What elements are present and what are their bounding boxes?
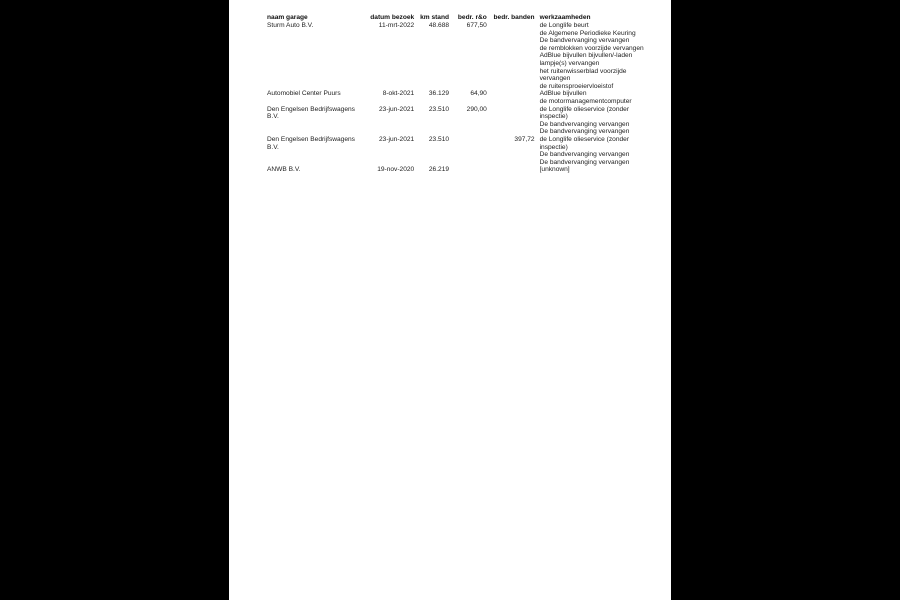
cell-tires-amount bbox=[487, 106, 535, 136]
work-item: de Longlife beurt bbox=[540, 22, 647, 30]
work-item: AdBlue bijvullen bbox=[540, 90, 647, 98]
work-item: De bandvervanging vervangen bbox=[540, 37, 647, 45]
header-garage: naam garage bbox=[267, 14, 364, 22]
cell-ro-amount: 64,90 bbox=[449, 90, 487, 105]
cell-tires-amount bbox=[487, 22, 535, 90]
work-item: inspectie) bbox=[540, 113, 647, 121]
cell-work: AdBlue bijvullende motormanagementcomput… bbox=[535, 90, 647, 105]
cell-date: 11-mrt-2022 bbox=[364, 22, 414, 90]
header-ro-amount: bedr. r&o bbox=[449, 14, 487, 22]
document-page: naam garage datum bezoek km stand bedr. … bbox=[229, 0, 671, 600]
work-item: De bandvervanging vervangen bbox=[540, 128, 647, 136]
work-item: de Algemene Periodieke Keuring bbox=[540, 30, 647, 38]
cell-km: 23.510 bbox=[414, 136, 449, 166]
cell-tires-amount bbox=[487, 166, 535, 174]
cell-tires-amount: 397,72 bbox=[487, 136, 535, 166]
cell-work: de Longlife olieservice (zonderinspectie… bbox=[535, 136, 647, 166]
cell-work: de Longlife beurtde Algemene Periodieke … bbox=[535, 22, 647, 90]
cell-km: 48.688 bbox=[414, 22, 449, 90]
work-item: de remblokken voorzijde vervangen bbox=[540, 45, 647, 53]
work-item: inspectie) bbox=[540, 144, 647, 152]
cell-date: 19-nov-2020 bbox=[364, 166, 414, 174]
work-item: De bandvervanging vervangen bbox=[540, 159, 647, 167]
cell-km: 36.129 bbox=[414, 90, 449, 105]
cell-ro-amount bbox=[449, 166, 487, 174]
header-date: datum bezoek bbox=[364, 14, 414, 22]
work-item: vervangen bbox=[540, 75, 647, 83]
work-item: de Longlife olieservice (zonder bbox=[540, 136, 647, 144]
maintenance-history-table: naam garage datum bezoek km stand bedr. … bbox=[267, 14, 647, 174]
cell-km: 23.510 bbox=[414, 106, 449, 136]
cell-date: 23-jun-2021 bbox=[364, 136, 414, 166]
work-item: het ruitenwisserblad voorzijde bbox=[540, 68, 647, 76]
table-header: naam garage datum bezoek km stand bedr. … bbox=[267, 14, 647, 22]
work-item: de Longlife olieservice (zonder bbox=[540, 106, 647, 114]
cell-garage: Sturm Auto B.V. bbox=[267, 22, 364, 90]
cell-ro-amount: 290,00 bbox=[449, 106, 487, 136]
table-row: Sturm Auto B.V.11-mrt-202248.688677,50de… bbox=[267, 22, 647, 90]
table-row: Den Engelsen Bedrijfswagens B.V.23-jun-2… bbox=[267, 106, 647, 136]
header-work: werkzaamheden bbox=[535, 14, 647, 22]
work-item: [unknown] bbox=[540, 166, 647, 174]
header-tires-amount: bedr. banden bbox=[487, 14, 535, 22]
table-row: Den Engelsen Bedrijfswagens B.V.23-jun-2… bbox=[267, 136, 647, 166]
cell-garage: ANWB B.V. bbox=[267, 166, 364, 174]
table-row: Automobiel Center Puurs8-okt-202136.1296… bbox=[267, 90, 647, 105]
header-km: km stand bbox=[414, 14, 449, 22]
cell-work: de Longlife olieservice (zonderinspectie… bbox=[535, 106, 647, 136]
cell-km: 26.219 bbox=[414, 166, 449, 174]
cell-work: [unknown] bbox=[535, 166, 647, 174]
table-row: ANWB B.V.19-nov-202026.219[unknown] bbox=[267, 166, 647, 174]
cell-garage: Den Engelsen Bedrijfswagens B.V. bbox=[267, 106, 364, 136]
work-item: lampje(s) vervangen bbox=[540, 60, 647, 68]
work-item: de ruitensproeiervloeistof bbox=[540, 83, 647, 91]
cell-date: 23-jun-2021 bbox=[364, 106, 414, 136]
cell-date: 8-okt-2021 bbox=[364, 90, 414, 105]
work-item: AdBlue bijvullen bijvullen/-laden bbox=[540, 52, 647, 60]
cell-ro-amount bbox=[449, 136, 487, 166]
cell-garage: Automobiel Center Puurs bbox=[267, 90, 364, 105]
work-item: De bandvervanging vervangen bbox=[540, 151, 647, 159]
work-item: De bandvervanging vervangen bbox=[540, 121, 647, 129]
cell-ro-amount: 677,50 bbox=[449, 22, 487, 90]
work-item: de motormanagementcomputer bbox=[540, 98, 647, 106]
cell-garage: Den Engelsen Bedrijfswagens B.V. bbox=[267, 136, 364, 166]
cell-tires-amount bbox=[487, 90, 535, 105]
